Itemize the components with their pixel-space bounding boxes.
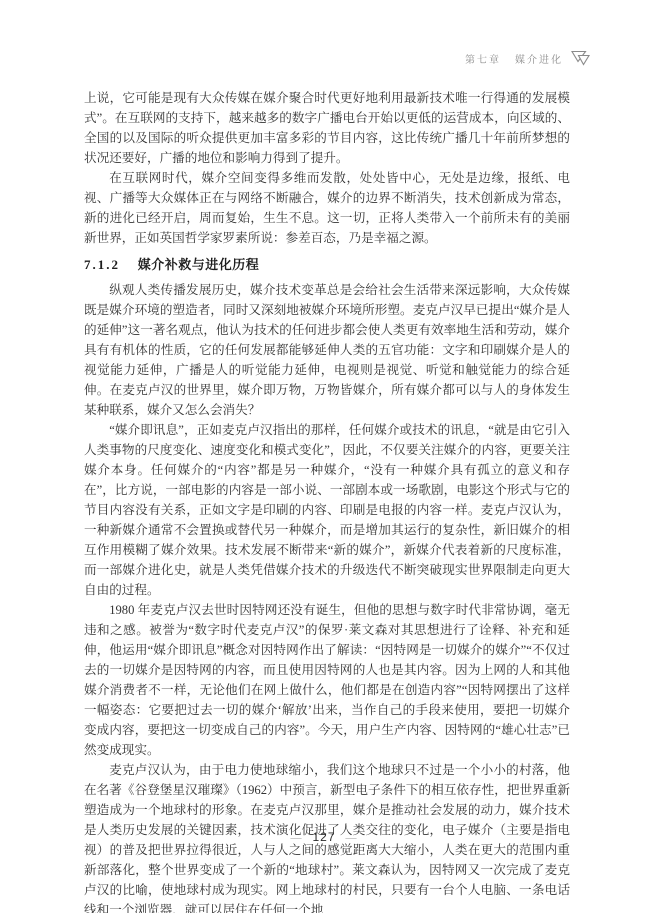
- paragraph-media-extension: 纵观人类传播发展历史，媒介技术变革总是会给社会生活带来深远影响，大众传媒既是媒介…: [84, 280, 570, 420]
- running-header: 第七章 媒介进化: [465, 50, 590, 66]
- book-page: 第七章 媒介进化 上说，它可能是现有大众传媒在媒介聚合时代更好地利用最新技术唯一…: [0, 0, 648, 913]
- chapter-label: 第七章: [465, 51, 501, 66]
- footer-dash-right: —: [346, 832, 358, 844]
- page-footer: —127—: [0, 830, 648, 845]
- paragraph-continuation: 上说，它可能是现有大众传媒在媒介聚合时代更好地利用最新技术唯一行得通的发展模式”…: [84, 88, 570, 168]
- section-heading: 7.1.2 媒介补救与进化历程: [84, 255, 570, 275]
- paragraph-levinson-internet: 1980 年麦克卢汉去世时因特网还没有诞生，但他的思想与数字时代非常协调，毫无违…: [84, 600, 570, 760]
- paragraph-medium-is-message: “媒介即讯息”，正如麦克卢汉指出的那样，任何媒介或技术的讯息，“就是由它引入人类…: [84, 420, 570, 600]
- footer-dash-left: —: [290, 832, 302, 844]
- page-number: 127: [312, 830, 335, 844]
- chapter-decoration-icon: [569, 50, 590, 66]
- section-number: 7.1.2: [84, 257, 120, 272]
- chapter-title-label: 媒介进化: [515, 51, 563, 66]
- page-body: 上说，它可能是现有大众传媒在媒介聚合时代更好地利用最新技术唯一行得通的发展模式”…: [84, 88, 570, 913]
- section-title: 媒介补救与进化历程: [138, 257, 260, 272]
- paragraph-internet-era: 在互联网时代，媒介空间变得多维而发散，处处皆中心，无处是边缘，报纸、电视、广播等…: [84, 168, 570, 248]
